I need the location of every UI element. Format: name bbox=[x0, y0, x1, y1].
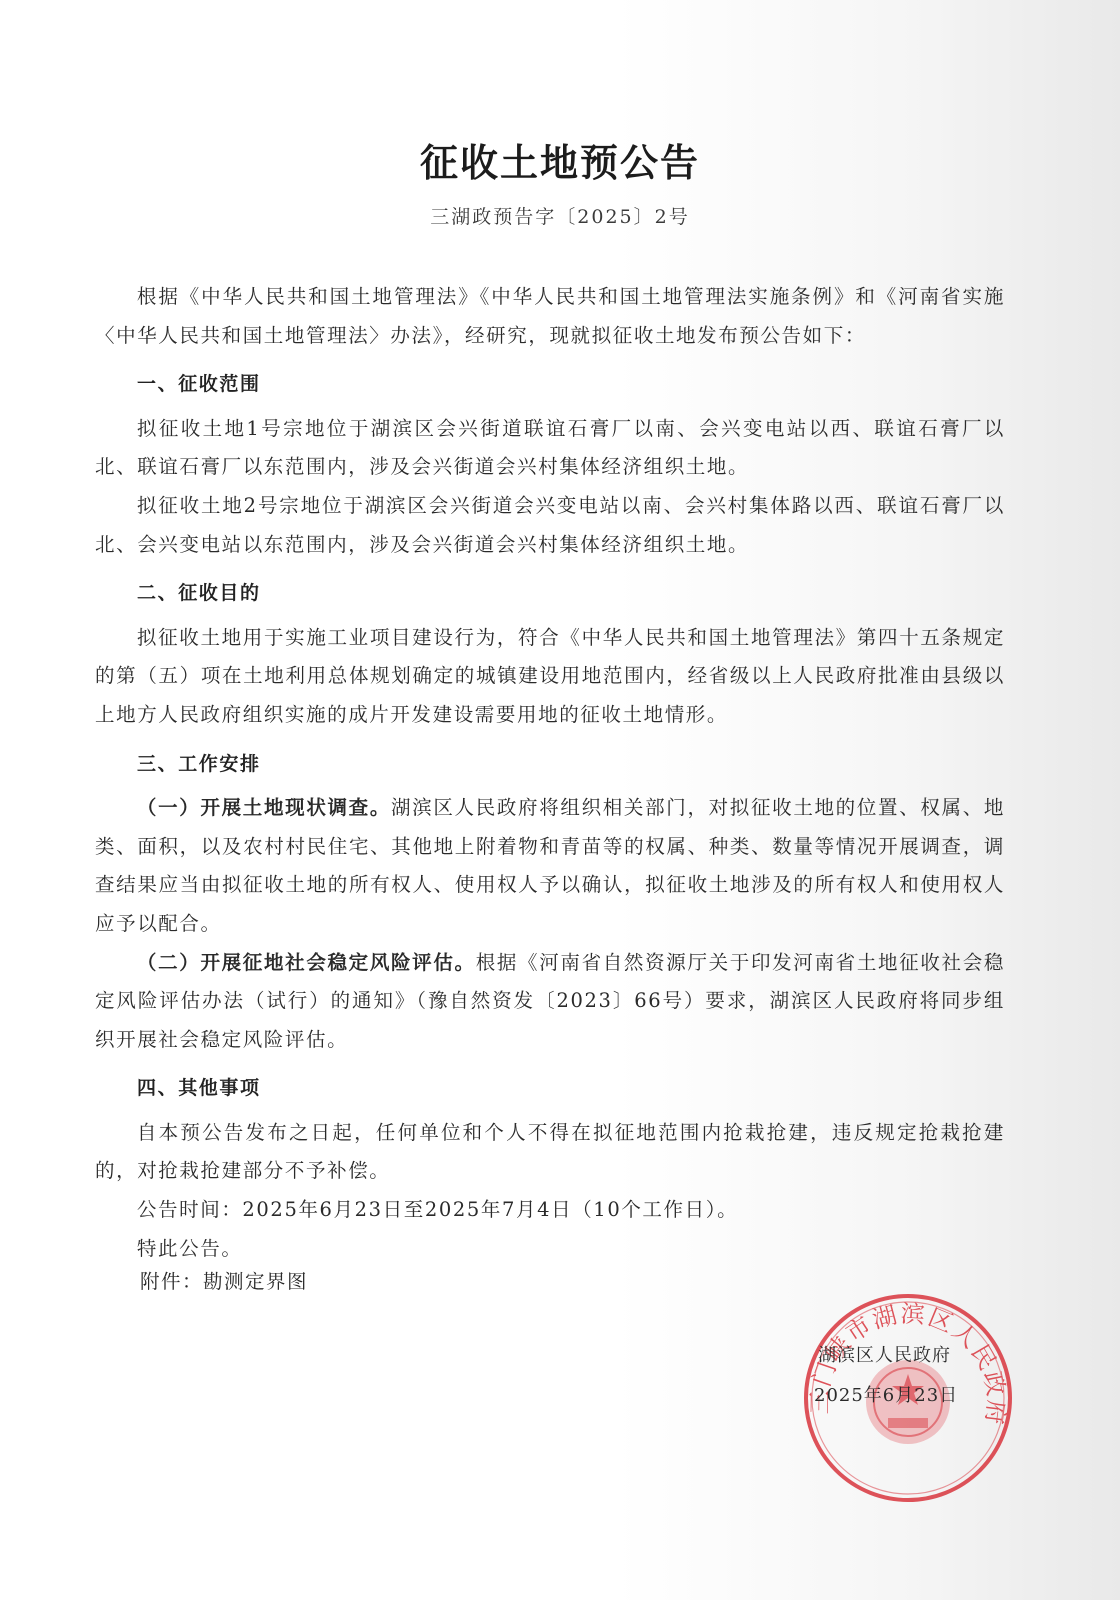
document-page: 征收土地预公告 三湖政预告字〔2025〕2号 根据《中华人民共和国土地管理法》《… bbox=[0, 0, 1120, 1600]
section-heading-arrangement: 三、工作安排 bbox=[95, 745, 1005, 784]
signature-block: 湖滨区人民政府 2025年6月23日 bbox=[814, 1336, 958, 1416]
arrangement-item-2: （二）开展征地社会稳定风险评估。根据《河南省自然资源厅关于印发河南省土地征收社会… bbox=[95, 944, 1005, 1060]
scope-paragraph-2: 拟征收土地2号宗地位于湖滨区会兴街道会兴变电站以南、会兴村集体路以西、联谊石膏厂… bbox=[95, 487, 1005, 564]
section-heading-scope: 一、征收范围 bbox=[95, 365, 1005, 404]
arrangement-item-1-lead: （一）开展土地现状调查。 bbox=[137, 796, 391, 819]
other-paragraph-1: 自本预公告发布之日起，任何单位和个人不得在拟征地范围内抢栽抢建，违反规定抢栽抢建… bbox=[95, 1114, 1005, 1191]
signing-date: 2025年6月23日 bbox=[814, 1376, 958, 1416]
document-body: 根据《中华人民共和国土地管理法》《中华人民共和国土地管理法实施条例》和《河南省实… bbox=[95, 278, 1005, 1268]
signing-organization: 湖滨区人民政府 bbox=[814, 1336, 958, 1376]
document-number: 三湖政预告字〔2025〕2号 bbox=[0, 202, 1120, 229]
intro-paragraph: 根据《中华人民共和国土地管理法》《中华人民共和国土地管理法实施条例》和《河南省实… bbox=[95, 278, 1005, 355]
purpose-paragraph: 拟征收土地用于实施工业项目建设行为，符合《中华人民共和国土地管理法》第四十五条规… bbox=[95, 619, 1005, 735]
section-heading-other: 四、其他事项 bbox=[95, 1069, 1005, 1108]
closing-statement: 特此公告。 bbox=[95, 1230, 1005, 1269]
announcement-period: 公告时间：2025年6月23日至2025年7月4日（10个工作日）。 bbox=[95, 1191, 1005, 1230]
scope-paragraph-1: 拟征收土地1号宗地位于湖滨区会兴街道联谊石膏厂以南、会兴变电站以西、联谊石膏厂以… bbox=[95, 410, 1005, 487]
document-title: 征收土地预公告 bbox=[0, 132, 1120, 187]
arrangement-item-2-lead: （二）开展征地社会稳定风险评估。 bbox=[137, 951, 476, 974]
arrangement-item-1: （一）开展土地现状调查。湖滨区人民政府将组织相关部门，对拟征收土地的位置、权属、… bbox=[95, 789, 1005, 943]
section-heading-purpose: 二、征收目的 bbox=[95, 574, 1005, 613]
attachment-note: 附件：勘测定界图 bbox=[140, 1266, 308, 1294]
